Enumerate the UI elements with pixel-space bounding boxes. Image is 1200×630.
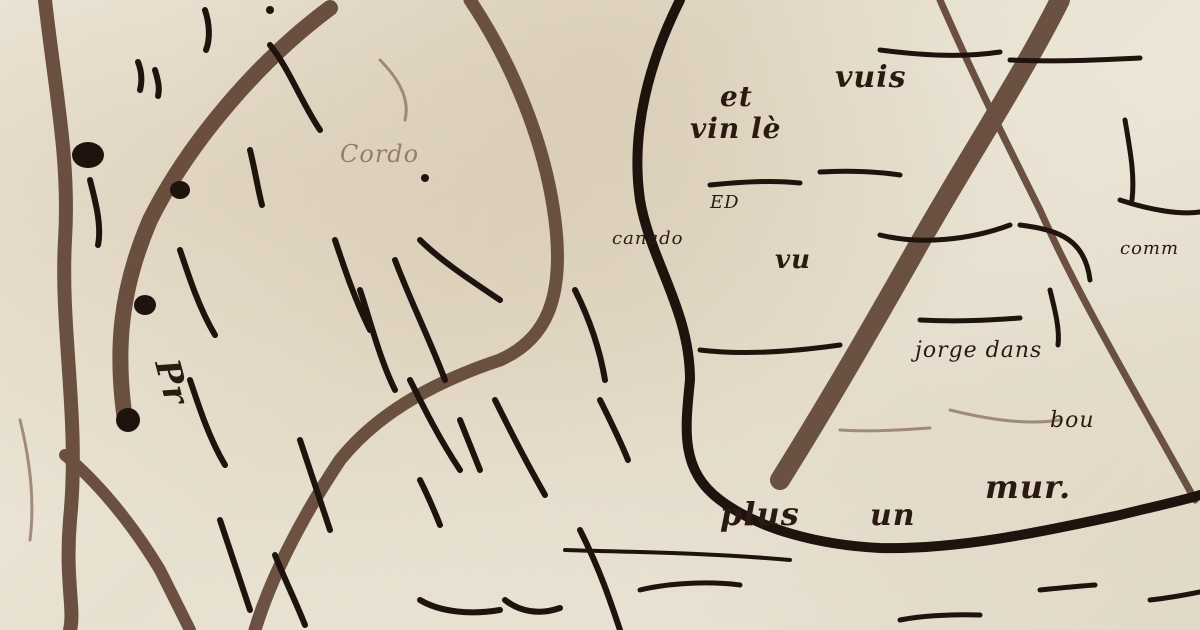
handwritten-word: comm <box>1120 238 1179 259</box>
handwritten-word: vin lè <box>690 112 781 145</box>
handwritten-word: canado <box>612 228 684 249</box>
ink-strokes <box>0 0 1200 630</box>
handwritten-word: plus <box>720 495 800 533</box>
handwritten-word: vuis <box>835 60 907 95</box>
handwritten-word: un <box>870 498 916 533</box>
manuscript-page: vuis et vin lè Cordo ED canado vu jorge … <box>0 0 1200 630</box>
handwritten-word: ED <box>710 192 740 213</box>
handwritten-word: jorge dans <box>915 338 1042 363</box>
handwritten-word: Cordo <box>340 140 419 168</box>
handwritten-word: bou <box>1050 408 1095 433</box>
handwritten-word: vu <box>775 245 811 275</box>
handwritten-word: mur. <box>985 468 1071 506</box>
handwritten-word: et <box>720 80 753 113</box>
